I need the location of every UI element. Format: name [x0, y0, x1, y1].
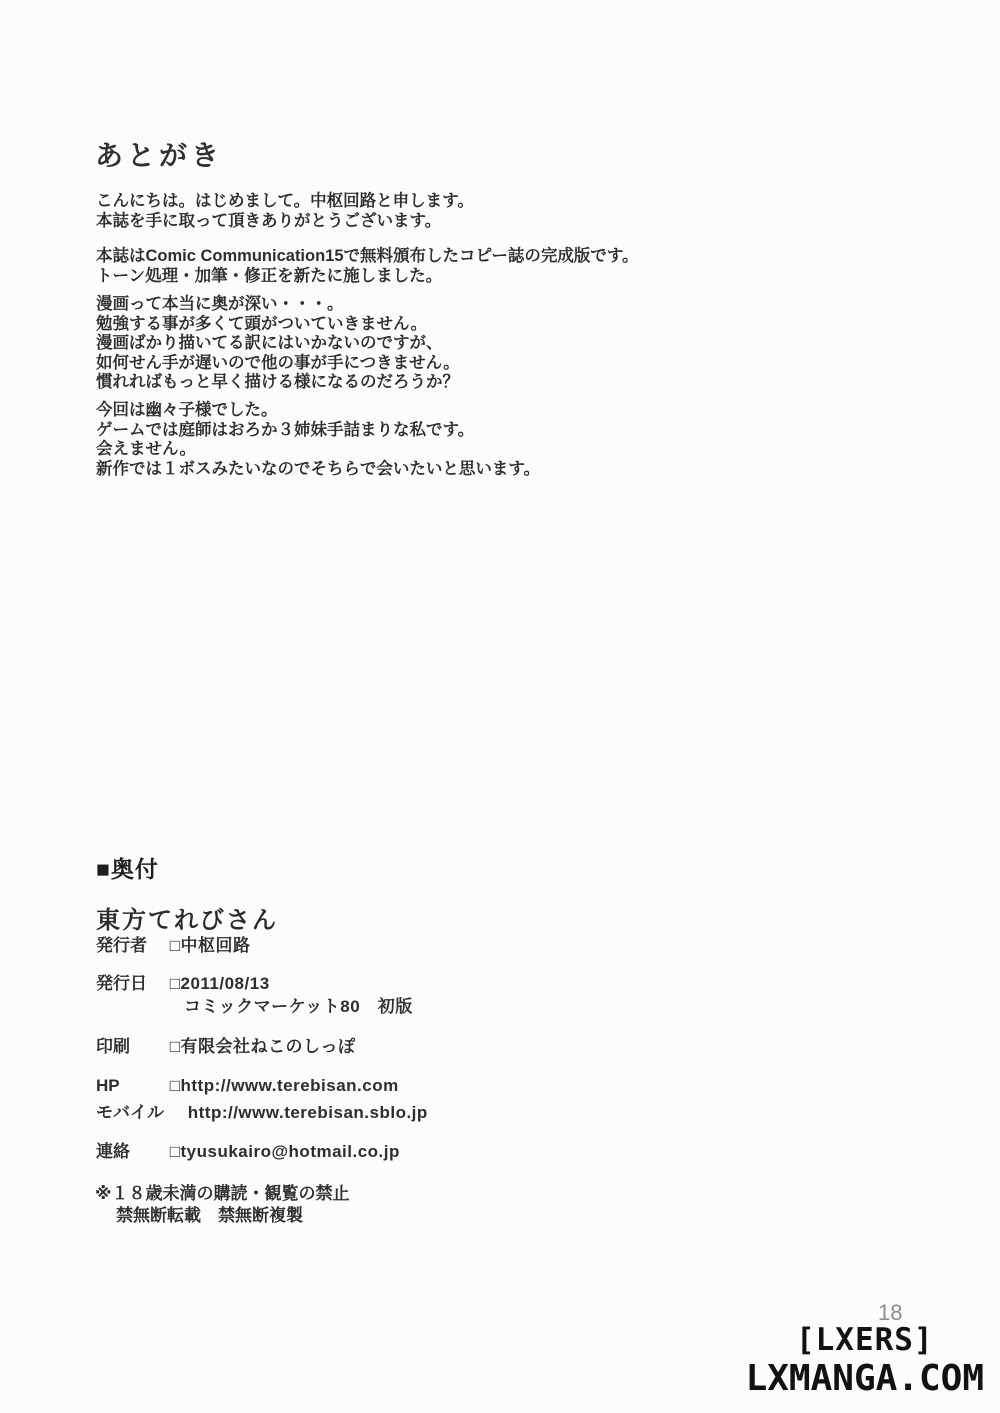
text-line: 今回は幽々子様でした。 — [96, 401, 540, 421]
mobile-url: http://www.terebisan.sblo.jp — [170, 1103, 428, 1122]
afterword-heading: あとがき — [95, 134, 223, 174]
book-title: 東方てれびさん — [96, 900, 278, 935]
row-value: コミックマーケット80 初版 — [184, 997, 413, 1016]
watermark-tag: [LXERS] — [746, 1325, 984, 1356]
homepage-url: □http://www.terebisan.com — [170, 1076, 399, 1095]
colophon-row-homepage: HP □http://www.terebisan.com — [96, 1076, 399, 1096]
colophon-heading: ■奥付 — [96, 851, 159, 884]
reproduction-notice: 禁無断転載 禁無断複製 — [116, 1201, 303, 1226]
contact-email: □tyusukairo@hotmail.co.jp — [170, 1142, 400, 1161]
colophon-row-contact: 連絡 □tyusukairo@hotmail.co.jp — [96, 1137, 400, 1162]
colophon-row-printer: 印刷 □有限会社ねこのしっぽ — [96, 1032, 356, 1057]
text-line: トーン処理・加筆・修正を新たに施しました。 — [96, 267, 639, 287]
colophon-row-publisher: 発行者 □中枢回路 — [96, 931, 251, 956]
watermark-domain: LXMANGA.COM — [746, 1361, 984, 1397]
text-line: 漫画って本当に奥が深い・・・。 — [96, 295, 460, 315]
row-value: □中枢回路 — [170, 936, 251, 955]
text-line: ゲームでは庭師はおろか３姉妹手詰まりな私です。 — [96, 421, 540, 441]
row-label: 発行者 — [96, 931, 165, 956]
text-line: 勉強する事が多くて頭がついていきません。 — [96, 315, 460, 335]
afterword-paragraph: 本誌はComic Communication15で無料頒布したコピー誌の完成版で… — [96, 247, 639, 286]
text-line: 本誌を手に取って頂きありがとうございます。 — [96, 212, 474, 232]
scanned-page: あとがき こんにちは。はじめまして。中枢回路と申します。 本誌を手に取って頂きあ… — [0, 0, 1000, 1413]
text-line: 新作では１ボスみたいなのでそちらで会いたいと思います。 — [96, 460, 540, 480]
colophon-row-mobile: モバイル http://www.terebisan.sblo.jp — [96, 1098, 428, 1123]
row-value: □有限会社ねこのしっぽ — [170, 1037, 356, 1056]
colophon-row-publish-event: コミックマーケット80 初版 — [184, 992, 413, 1017]
row-label: 発行日 — [96, 969, 165, 994]
row-label: 印刷 — [96, 1032, 165, 1057]
text-line: 如何せん手が遅いので他の事が手につきません。 — [96, 354, 460, 374]
text-line: 会えません。 — [96, 440, 540, 460]
afterword-paragraph: 漫画って本当に奥が深い・・・。 勉強する事が多くて頭がついていきません。 漫画ば… — [96, 295, 460, 393]
row-label: HP — [96, 1076, 165, 1096]
row-label: モバイル — [96, 1098, 165, 1123]
text-line: 慣れればもっと早く描ける様になるのだろうか？ — [96, 373, 460, 393]
afterword-paragraph: こんにちは。はじめまして。中枢回路と申します。 本誌を手に取って頂きありがとうご… — [96, 192, 474, 231]
text-line: 漫画ばかり描いてる訳にはいかないのですが、 — [96, 334, 460, 354]
row-value: □2011/08/13 — [170, 974, 270, 993]
text-line: こんにちは。はじめまして。中枢回路と申します。 — [96, 192, 474, 212]
text-line: 本誌はComic Communication15で無料頒布したコピー誌の完成版で… — [96, 247, 639, 267]
row-label: 連絡 — [96, 1137, 165, 1162]
afterword-paragraph: 今回は幽々子様でした。 ゲームでは庭師はおろか３姉妹手詰まりな私です。 会えませ… — [96, 401, 540, 479]
colophon-row-publish-date: 発行日 □2011/08/13 — [96, 969, 270, 994]
site-watermark: [LXERS] LXMANGA.COM — [746, 1325, 984, 1397]
